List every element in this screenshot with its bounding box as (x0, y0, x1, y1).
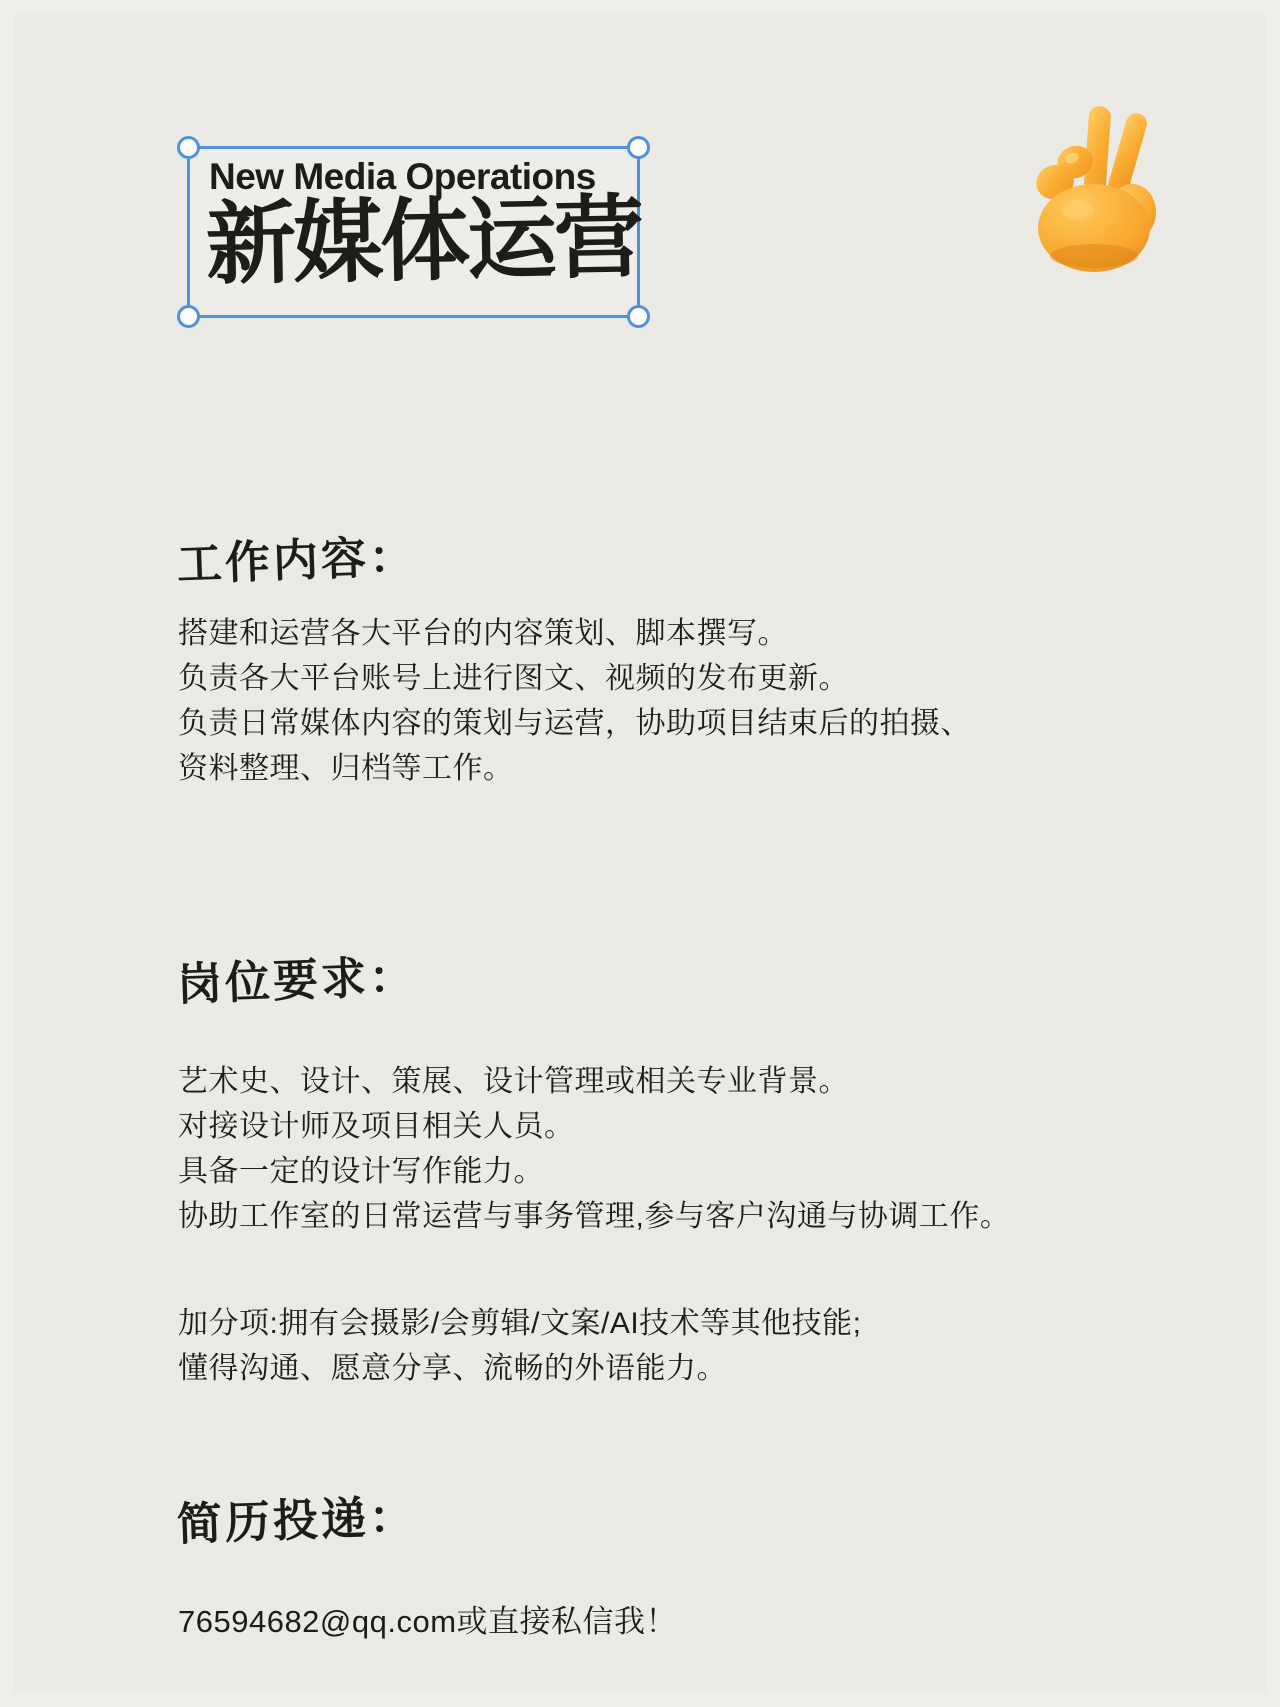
body-line: 懂得沟通、愿意分享、流畅的外语能力。 (178, 1346, 1010, 1391)
contact-lines: 76594682@qq.com或直接私信我！ (178, 1599, 677, 1644)
selection-handle-top-right[interactable] (627, 136, 650, 159)
selection-handle-bottom-right[interactable] (627, 305, 650, 328)
body-line: 具备一定的设计写作能力。 (178, 1149, 1010, 1194)
section-heading-work-content: 工作内容： (176, 500, 971, 593)
body-line: 搭建和运营各大平台的内容策划、脚本撰写。 (178, 611, 971, 656)
job-poster: New Media Operations 新媒体运营 (0, 0, 1280, 1707)
body-line: 协助工作室的日常运营与事务管理,参与客户沟通与协调工作。 (178, 1194, 1010, 1239)
body-line: 艺术史、设计、策展、设计管理或相关专业背景。 (178, 1059, 1010, 1104)
body-line: 负责各大平台账号上进行图文、视频的发布更新。 (178, 656, 971, 701)
selection-handle-top-left[interactable] (177, 136, 200, 159)
job-requirements-lines: 艺术史、设计、策展、设计管理或相关专业背景。 对接设计师及项目相关人员。 具备一… (178, 1059, 1010, 1239)
section-resume-submission: 简历投递： 76594682@qq.com或直接私信我！ (178, 1488, 677, 1644)
body-line: 对接设计师及项目相关人员。 (178, 1104, 1010, 1149)
title-selection-frame[interactable]: New Media Operations 新媒体运营 (187, 146, 640, 318)
work-content-lines: 搭建和运营各大平台的内容策划、脚本撰写。 负责各大平台账号上进行图文、视频的发布… (178, 611, 971, 791)
body-line: 负责日常媒体内容的策划与运营，协助项目结束后的拍摄、 (178, 701, 971, 746)
title-chinese: 新媒体运营 (205, 189, 642, 296)
body-line: 资料整理、归档等工作。 (178, 746, 971, 791)
section-work-content: 工作内容： 搭建和运营各大平台的内容策划、脚本撰写。 负责各大平台账号上进行图文… (178, 528, 971, 791)
contact-email-line: 76594682@qq.com或直接私信我！ (178, 1599, 677, 1644)
selection-handle-bottom-left[interactable] (177, 305, 200, 328)
bonus-skills-lines: 加分项:拥有会摄影/会剪辑/文案/AI技术等其他技能; 懂得沟通、愿意分享、流畅… (178, 1301, 1010, 1391)
victory-hand-icon (1028, 106, 1162, 272)
body-line: 加分项:拥有会摄影/会剪辑/文案/AI技术等其他技能; (178, 1301, 1010, 1346)
section-heading-resume-submission: 简历投递： (176, 1471, 677, 1553)
section-job-requirements: 岗位要求： 艺术史、设计、策展、设计管理或相关专业背景。 对接设计师及项目相关人… (178, 948, 1010, 1391)
section-heading-job-requirements: 岗位要求： (176, 919, 1010, 1013)
